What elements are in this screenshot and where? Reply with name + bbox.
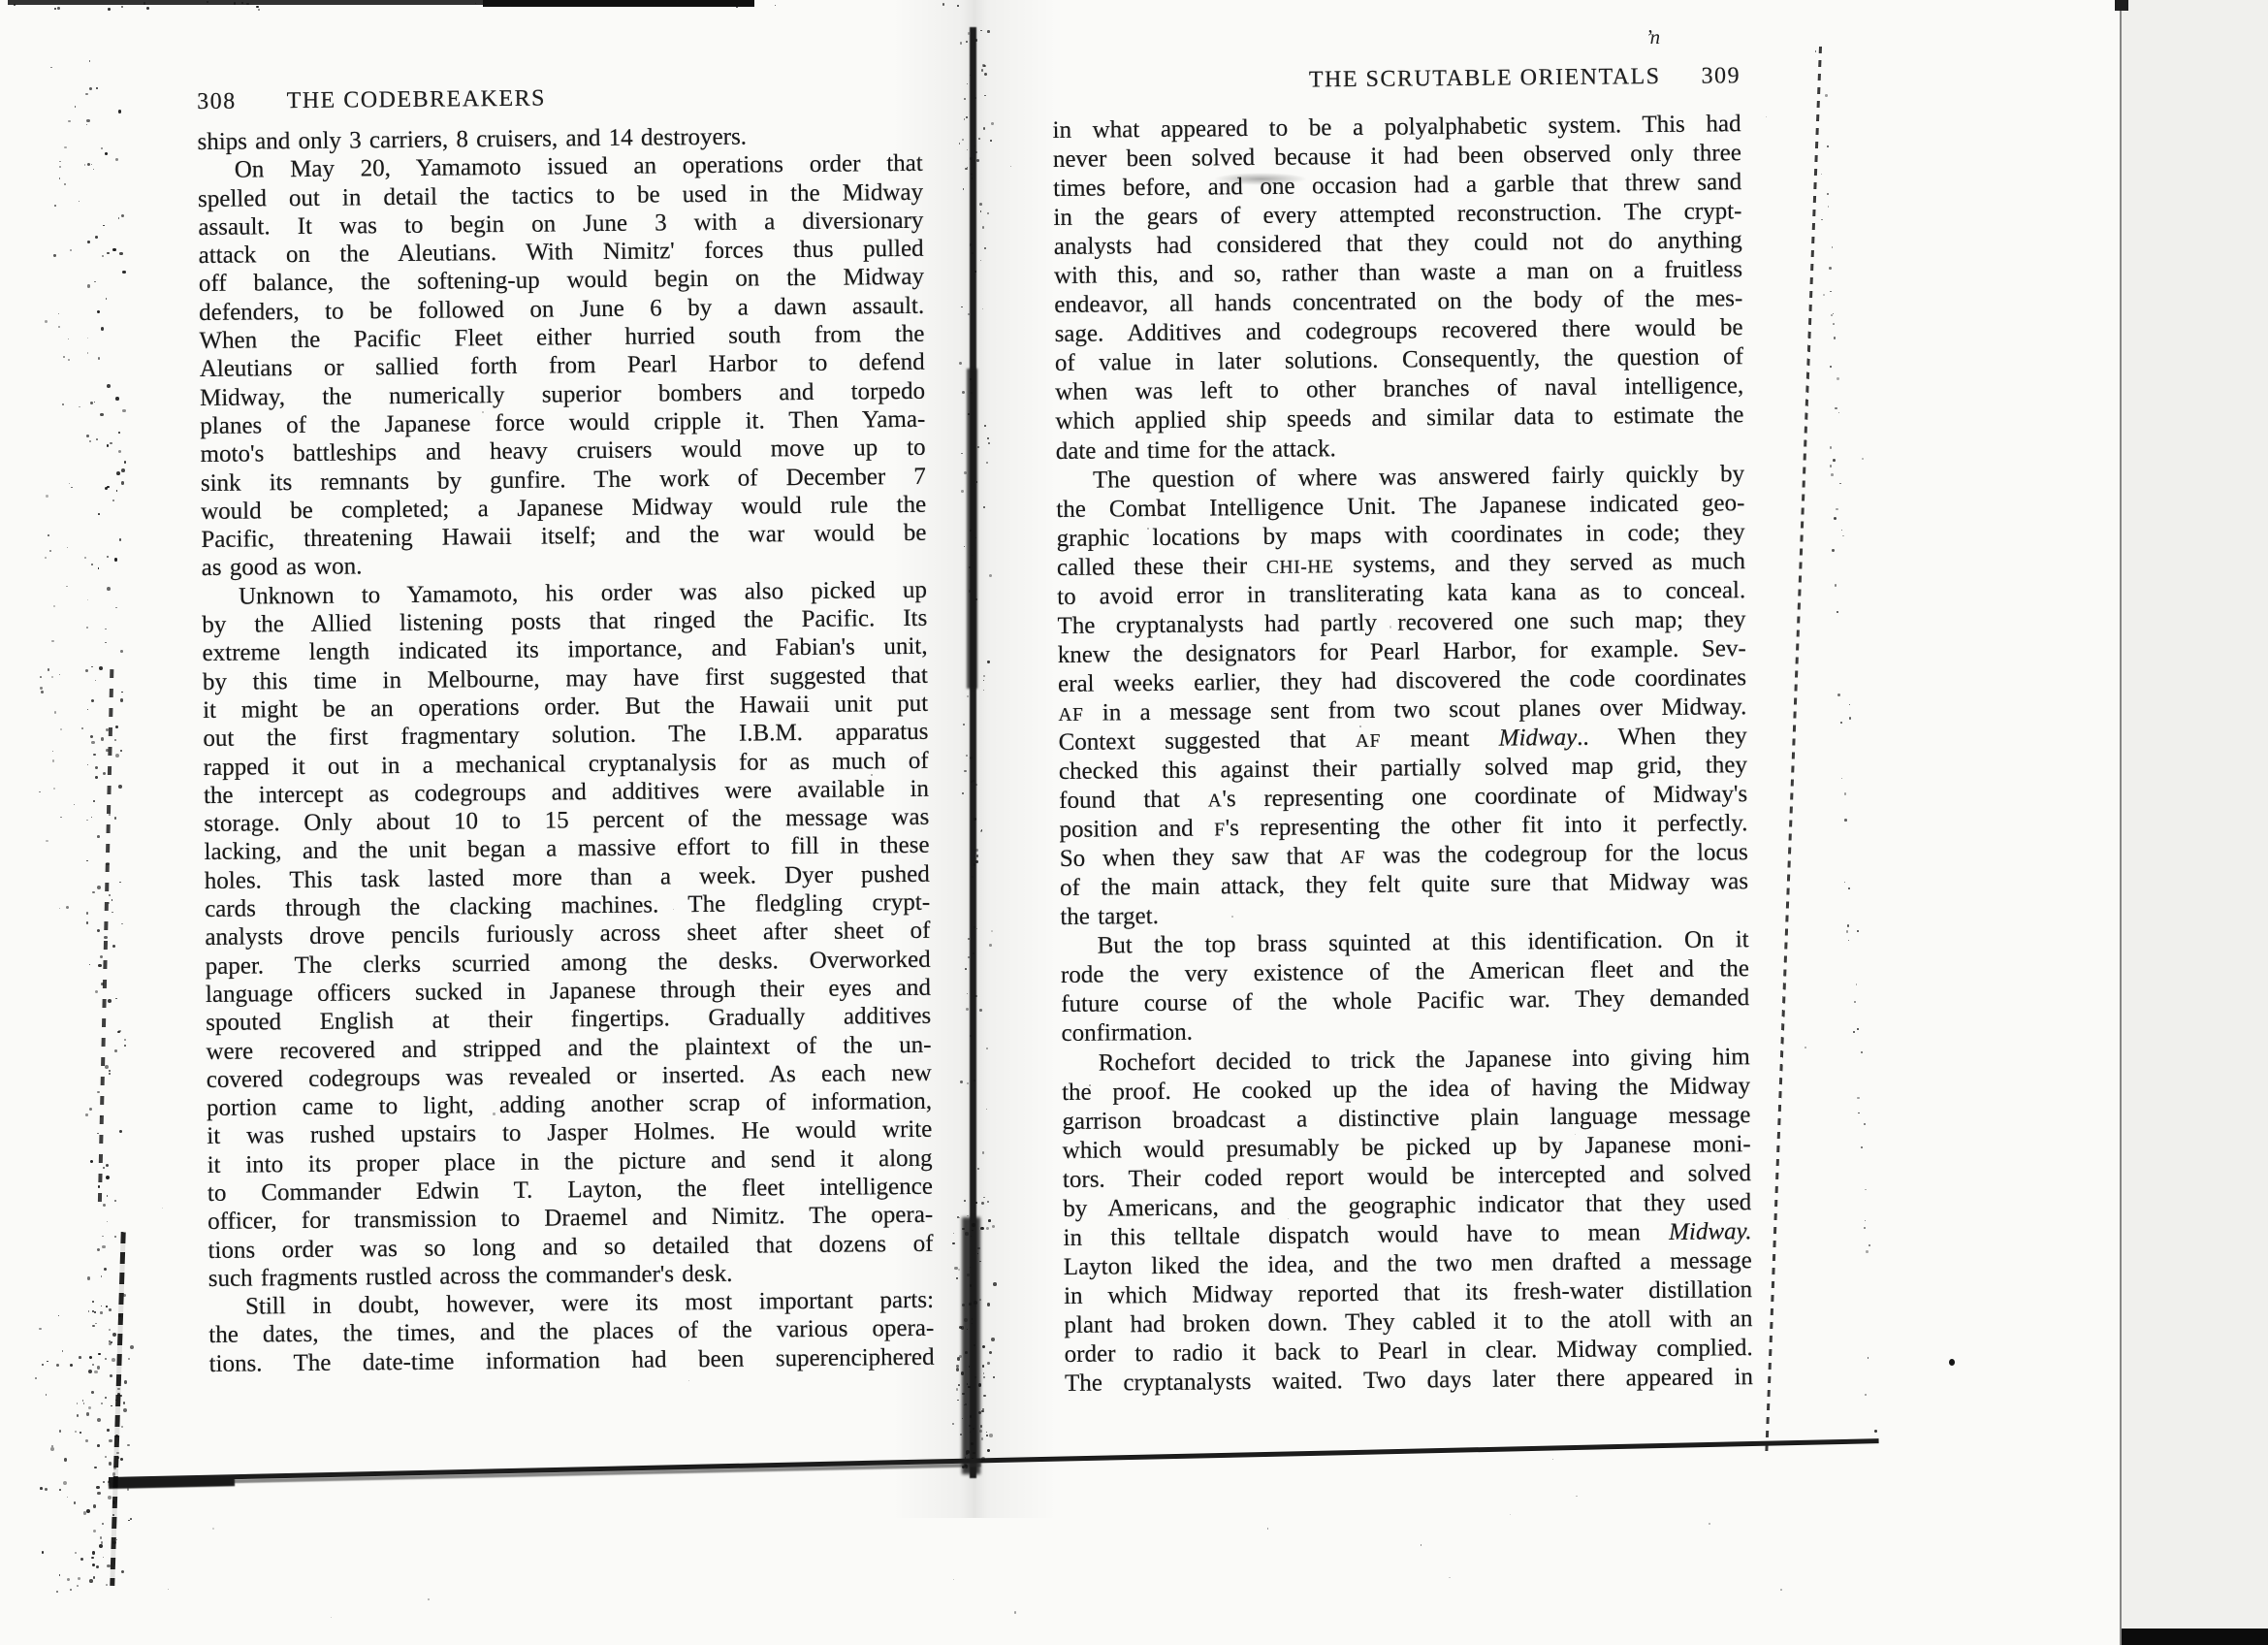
noise-dot	[1849, 704, 1850, 705]
scanner-platen-strip	[2122, 0, 2268, 1645]
noise-dot	[120, 698, 124, 702]
noise-dot	[92, 891, 95, 894]
noise-dot	[952, 1242, 955, 1245]
noise-dot	[104, 936, 107, 939]
noise-dot	[97, 1444, 99, 1446]
noise-dot	[983, 127, 985, 129]
noise-dot	[972, 1223, 975, 1227]
noise-dot	[80, 1558, 83, 1561]
noise-dot	[45, 557, 47, 559]
noise-dot	[986, 1435, 988, 1436]
noise-dot	[109, 1070, 111, 1072]
noise-dot	[1854, 1001, 1856, 1003]
noise-dot	[59, 166, 61, 168]
noise-dot	[108, 999, 112, 1003]
noise-dot	[87, 284, 90, 287]
noise-dot	[101, 147, 103, 149]
noise-dot	[976, 159, 979, 162]
noise-dot	[968, 938, 970, 940]
noise-dot	[123, 1294, 126, 1297]
noise-dot	[46, 840, 48, 842]
noise-dot	[960, 1081, 963, 1083]
noise-dot	[1857, 1097, 1860, 1100]
noise-dot	[981, 1457, 985, 1461]
noise-dot	[112, 1514, 114, 1516]
noise-dot	[980, 1425, 982, 1427]
noise-dot	[127, 1444, 130, 1447]
noise-dot	[966, 1450, 970, 1454]
noise-dot	[59, 1574, 61, 1576]
noise-dot	[964, 471, 967, 474]
noise-dot	[86, 820, 88, 822]
noise-dot	[968, 32, 971, 35]
noise-dot	[90, 735, 93, 738]
noise-dot	[86, 119, 89, 122]
noise-dot	[121, 6, 124, 9]
noise-dot	[234, 2, 236, 4]
binding-gutter-line	[967, 369, 977, 689]
noise-dot	[968, 1386, 970, 1388]
noise-dot	[1842, 535, 1843, 536]
noise-dot	[115, 998, 116, 999]
noise-dot	[86, 1509, 90, 1513]
noise-dot	[103, 1557, 104, 1558]
noise-dot	[974, 1080, 975, 1081]
noise-dot	[71, 487, 72, 488]
noise-dot	[100, 413, 104, 417]
noise-dot	[92, 1301, 94, 1303]
noise-dot	[992, 1225, 995, 1228]
noise-dot	[91, 699, 94, 702]
noise-dot	[775, 5, 776, 6]
noise-dot	[53, 605, 55, 607]
noise-dot	[969, 1425, 971, 1427]
noise-dot	[35, 1377, 37, 1379]
stray-ink-dot	[1949, 1359, 1955, 1366]
noise-dot	[89, 60, 91, 62]
noise-dot	[107, 444, 110, 447]
noise-dot	[980, 210, 981, 211]
noise-dot	[94, 1311, 96, 1313]
noise-dot	[976, 481, 978, 483]
noise-dot	[102, 255, 104, 257]
noise-dot	[977, 1247, 979, 1249]
noise-dot	[39, 1328, 41, 1330]
noise-dot	[973, 780, 974, 782]
noise-dot	[56, 1364, 59, 1367]
noise-dot	[53, 788, 55, 790]
noise-dot	[1864, 1227, 1866, 1229]
noise-dot	[95, 766, 98, 769]
noise-dot	[94, 402, 95, 403]
noise-dot	[110, 1374, 112, 1377]
noise-dot	[109, 1462, 112, 1465]
noise-dot	[1869, 1244, 1870, 1246]
noise-dot	[1821, 219, 1822, 220]
noise-dot	[58, 1315, 59, 1316]
noise-dot	[93, 1504, 97, 1508]
noise-dot	[987, 30, 990, 33]
noise-dot	[95, 776, 98, 779]
noise-dot	[90, 402, 93, 404]
noise-dot	[66, 586, 68, 588]
noise-dot	[1865, 1220, 1866, 1221]
noise-dot	[101, 1275, 103, 1277]
noise-dot	[105, 629, 107, 630]
noise-dot	[87, 163, 91, 167]
noise-dot	[98, 964, 101, 967]
noise-dot	[84, 557, 86, 559]
noise-dot	[942, 3, 944, 5]
noise-dot	[107, 1429, 110, 1432]
noise-dot	[92, 1551, 96, 1555]
noise-dot	[118, 785, 122, 789]
noise-dot	[105, 152, 108, 155]
noise-dot	[736, 5, 739, 8]
noise-dot	[103, 1167, 105, 1169]
noise-dot	[105, 1358, 107, 1360]
noise-dot	[107, 252, 110, 255]
noise-dot	[96, 87, 98, 89]
noise-dot	[966, 755, 968, 757]
noise-dot	[98, 1353, 100, 1355]
noise-dot	[982, 1151, 984, 1153]
noise-dot	[85, 93, 87, 95]
noise-dot	[59, 177, 60, 178]
noise-dot	[1841, 530, 1842, 531]
noise-dot	[961, 1371, 964, 1374]
noise-dot	[111, 1405, 112, 1406]
noise-dot	[121, 923, 122, 924]
noise-dot	[970, 1415, 973, 1418]
noise-dot	[1838, 412, 1839, 413]
noise-dot	[108, 1481, 110, 1483]
noise-dot	[968, 313, 970, 315]
noise-dot	[688, 1380, 689, 1381]
noise-dot	[62, 403, 64, 405]
noise-dot	[118, 450, 121, 453]
noise-dot	[100, 955, 103, 958]
noise-dot	[92, 1364, 94, 1366]
noise-dot	[1833, 313, 1834, 314]
noise-dot	[62, 1350, 63, 1351]
noise-dot	[70, 1364, 73, 1367]
noise-dot	[101, 1403, 103, 1404]
noise-dot	[107, 587, 111, 591]
noise-dot	[1836, 508, 1838, 511]
noise-dot	[46, 495, 48, 498]
noise-dot	[976, 855, 979, 857]
noise-dot	[115, 1435, 118, 1437]
noise-dot	[102, 1245, 106, 1249]
noise-dot	[246, 3, 249, 6]
page-right-edge-line	[1765, 47, 1822, 1457]
noise-dot	[86, 124, 87, 125]
noise-dot	[993, 1282, 997, 1286]
noise-dot	[79, 201, 80, 202]
noise-dot	[121, 468, 125, 472]
noise-dot	[75, 1431, 77, 1433]
noise-dot	[258, 9, 260, 11]
bottom-right-black-bar	[2122, 1629, 2268, 1645]
left-page-number: 308	[197, 89, 237, 115]
noise-dot	[97, 1418, 101, 1422]
noise-dot	[114, 1200, 117, 1203]
noise-dot	[70, 249, 72, 251]
noise-dot	[121, 1426, 123, 1428]
noise-dot	[59, 1489, 61, 1491]
noise-dot	[1861, 1051, 1863, 1053]
noise-dot	[966, 116, 968, 118]
noise-dot	[106, 728, 109, 731]
noise-dot	[102, 1523, 104, 1525]
noise-dot	[119, 252, 122, 255]
noise-dot	[112, 899, 113, 901]
noise-dot	[1825, 94, 1828, 97]
noise-dot	[101, 327, 105, 331]
noise-dot	[1780, 1589, 1782, 1591]
noise-dot	[119, 1130, 122, 1133]
noise-dot	[146, 7, 149, 10]
noise-dot	[1844, 819, 1847, 822]
noise-dot	[987, 661, 989, 662]
noise-dot	[93, 169, 94, 170]
noise-dot	[987, 1201, 989, 1203]
noise-dot	[81, 727, 83, 729]
noise-dot	[97, 1091, 100, 1094]
noise-dot	[108, 1496, 112, 1500]
noise-dot	[1830, 465, 1833, 468]
noise-dot	[972, 555, 973, 556]
noise-dot	[103, 1481, 105, 1483]
noise-dot	[105, 1065, 109, 1069]
noise-dot	[1831, 314, 1833, 316]
left-running-head-title: THE CODEBREAKERS	[286, 86, 546, 115]
noise-dot	[75, 106, 77, 108]
noise-dot	[51, 640, 54, 643]
noise-dot	[95, 990, 98, 993]
noise-dot	[964, 98, 966, 100]
noise-dot	[87, 1276, 91, 1280]
noise-dot	[1846, 930, 1848, 932]
noise-dot	[86, 921, 88, 923]
noise-dot	[102, 1236, 104, 1238]
noise-dot	[991, 930, 993, 932]
binding-gutter-blob	[962, 1217, 980, 1474]
noise-dot	[1833, 323, 1835, 325]
noise-dot	[1828, 206, 1829, 207]
noise-dot	[256, 6, 258, 8]
noise-dot	[115, 726, 118, 728]
noise-dot	[63, 356, 65, 358]
noise-dot	[70, 1589, 72, 1591]
noise-dot	[128, 1520, 130, 1522]
noise-dot	[112, 945, 115, 948]
noise-dot	[100, 1311, 102, 1313]
noise-dot	[60, 728, 62, 730]
noise-dot	[98, 513, 100, 515]
noise-dot	[112, 1333, 116, 1337]
noise-dot	[54, 711, 56, 713]
noise-dot	[112, 1500, 116, 1504]
noise-dot	[86, 1412, 90, 1416]
noise-dot	[75, 1552, 77, 1554]
noise-dot	[109, 1073, 110, 1074]
noise-dot	[1829, 267, 1832, 270]
noise-dot	[1766, 116, 1767, 117]
noise-dot	[57, 7, 60, 10]
noise-dot	[115, 607, 117, 609]
noise-dot	[107, 1564, 110, 1567]
noise-dot	[79, 406, 80, 408]
noise-dot	[958, 1269, 960, 1271]
noise-dot	[1839, 483, 1840, 484]
noise-dot	[162, 1208, 163, 1209]
noise-dot	[967, 695, 969, 697]
noise-dot	[973, 1452, 974, 1454]
right-running-head: THE SCRUTABLE ORIENTALS 309	[1052, 63, 1741, 96]
noise-dot	[118, 110, 121, 113]
noise-dot	[97, 1366, 101, 1370]
noise-dot	[1858, 1113, 1859, 1113]
noise-dot	[970, 757, 972, 758]
noise-dot	[86, 860, 88, 862]
scan-top-edge-smudge	[483, 0, 754, 7]
noise-dot	[109, 814, 111, 816]
noise-dot	[1848, 940, 1849, 941]
noise-dot	[105, 1456, 107, 1458]
noise-dot	[144, 2, 145, 4]
noise-dot	[87, 599, 88, 600]
noise-dot	[94, 281, 95, 282]
noise-dot	[94, 1371, 98, 1374]
scanned-book-spread: ŉ 308 THE CODEBREAKERS ships and only 3 …	[0, 0, 2268, 1645]
noise-dot	[1014, 1611, 1016, 1613]
noise-dot	[108, 902, 110, 904]
noise-dot	[95, 1323, 97, 1325]
noise-dot	[1830, 366, 1832, 368]
noise-dot	[1840, 722, 1842, 724]
noise-dot	[968, 413, 970, 415]
noise-dot	[48, 534, 48, 535]
noise-dot	[40, 687, 42, 689]
noise-dot	[121, 692, 123, 693]
noise-dot	[99, 666, 103, 670]
noise-dot	[1510, 1514, 1511, 1515]
noise-dot	[89, 964, 90, 965]
noise-dot	[970, 1284, 972, 1286]
noise-dot	[101, 1541, 103, 1543]
noise-dot	[965, 1351, 968, 1354]
noise-dot	[97, 929, 100, 932]
noise-dot	[956, 1277, 957, 1278]
noise-dot	[98, 1185, 100, 1187]
noise-dot	[46, 1394, 48, 1396]
noise-dot	[119, 538, 122, 541]
noise-dot	[106, 1176, 110, 1179]
noise-dot	[109, 1439, 112, 1443]
noise-dot	[127, 1488, 130, 1491]
noise-dot	[108, 8, 111, 11]
noise-dot	[212, 1528, 214, 1530]
noise-dot	[89, 1579, 93, 1583]
noise-dot	[120, 1458, 123, 1461]
noise-dot	[112, 1358, 115, 1362]
noise-dot	[86, 912, 89, 915]
noise-dot	[112, 912, 112, 913]
noise-dot	[962, 1418, 963, 1419]
noise-dot	[988, 442, 990, 444]
noise-dot	[87, 764, 88, 765]
noise-dot	[92, 1325, 95, 1328]
noise-dot	[1815, 50, 1816, 51]
noise-dot	[117, 1457, 119, 1459]
noise-dot	[974, 271, 975, 272]
noise-dot	[91, 741, 95, 745]
noise-dot	[957, 1216, 958, 1217]
noise-dot	[82, 1400, 84, 1402]
noise-dot	[97, 835, 100, 838]
noise-dot	[957, 1400, 958, 1401]
noise-dot	[67, 1497, 68, 1498]
noise-dot	[1853, 1031, 1855, 1033]
noise-dot	[988, 1219, 991, 1222]
noise-dot	[77, 1414, 80, 1417]
noise-dot	[331, 1617, 333, 1619]
noise-dot	[975, 39, 978, 42]
noise-dot	[115, 397, 119, 401]
noise-dot	[68, 120, 71, 123]
noise-dot	[122, 271, 126, 274]
noise-dot	[49, 550, 51, 552]
noise-dot	[91, 666, 92, 667]
noise-dot	[975, 151, 977, 153]
noise-dot	[50, 1447, 54, 1451]
noise-dot	[109, 1329, 111, 1331]
noise-dot	[122, 409, 125, 412]
noise-dot	[56, 1591, 59, 1594]
noise-dot	[1844, 882, 1845, 883]
noise-dot	[990, 140, 992, 142]
noise-dot	[1833, 459, 1836, 462]
noise-dot	[97, 1133, 98, 1134]
noise-dot	[74, 804, 75, 805]
noise-dot	[1861, 1146, 1863, 1148]
noise-dot	[1864, 1123, 1866, 1125]
noise-dot	[956, 1388, 959, 1391]
noise-dot	[97, 886, 101, 889]
scanner-platen-smudge	[2115, 0, 2128, 11]
noise-dot	[982, 1345, 985, 1348]
noise-dot	[51, 676, 53, 678]
noise-dot	[88, 1310, 90, 1312]
noise-dot	[42, 1364, 45, 1367]
noise-dot	[100, 1536, 102, 1538]
noise-dot	[87, 338, 88, 339]
noise-dot	[52, 759, 54, 761]
noise-dot	[96, 438, 98, 440]
noise-dot	[965, 1232, 968, 1235]
noise-dot	[1576, 1496, 1578, 1498]
noise-dot	[101, 983, 104, 985]
noise-dot	[112, 1541, 115, 1544]
noise-dot	[79, 1356, 81, 1359]
noise-dot	[59, 674, 60, 675]
noise-dot	[1449, 1577, 1450, 1578]
noise-dot	[130, 1518, 132, 1520]
noise-dot	[103, 225, 105, 227]
noise-dot	[975, 860, 978, 863]
